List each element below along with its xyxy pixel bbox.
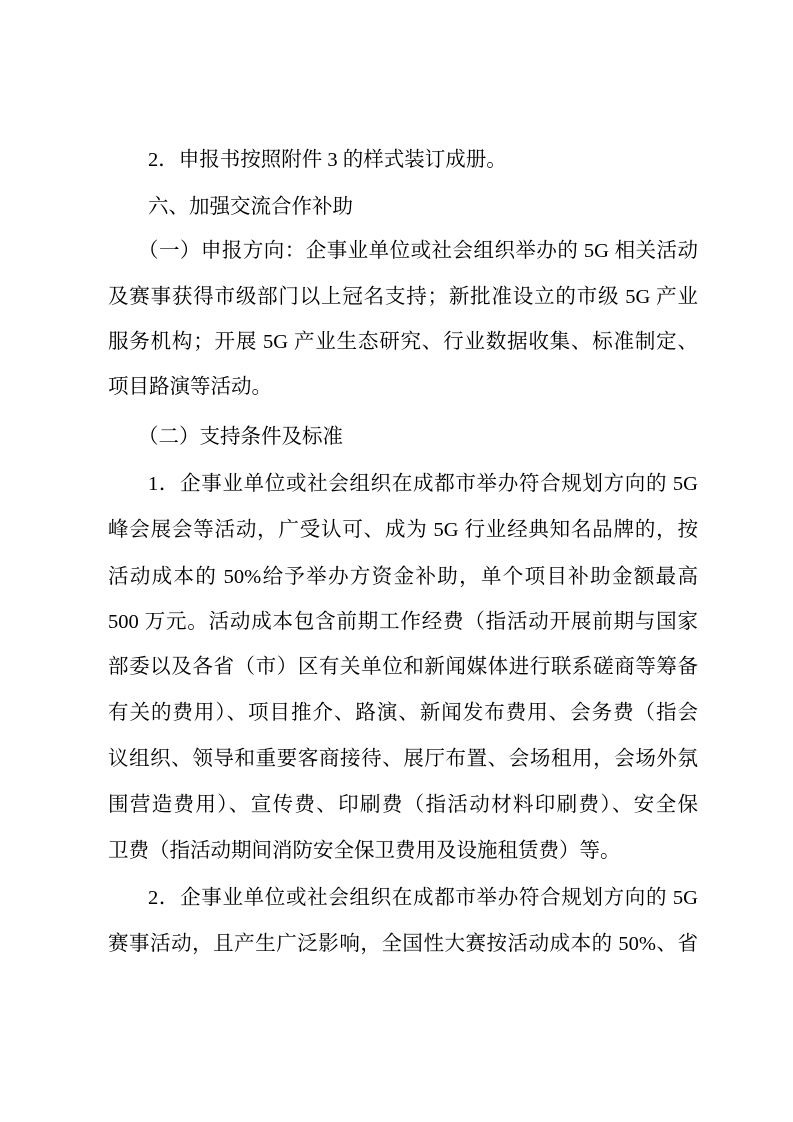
paragraph-item-1-line-5: 部委以及各省（市）区有关单位和新闻媒体进行联系磋商等筹备 xyxy=(108,652,698,682)
paragraph-item-1-line-4: 500 万元。活动成本包含前期工作经费（指活动开展前期与国家 xyxy=(108,607,698,637)
paragraph-item-1-line-7: 议组织、领导和重要客商接待、展厅布置、会场租用，会场外氛 xyxy=(108,744,698,774)
paragraph-item-2: 2．企事业单位或社会组织在成都市举办符合规划方向的 5G xyxy=(148,883,698,913)
paragraph-application-direction-line-2: 及赛事获得市级部门以上冠名支持；新批准设立的市级 5G 产业 xyxy=(108,282,698,312)
paragraph-item-1-line-2: 峰会展会等活动，广受认可、成为 5G 行业经典知名品牌的，按 xyxy=(108,515,698,545)
paragraph-item-1: 1．企事业单位或社会组织在成都市举办符合规划方向的 5G xyxy=(148,469,698,499)
paragraph-item-1-line-8: 围营造费用）、宣传费、印刷费（指活动材料印刷费）、安全保 xyxy=(108,790,698,820)
paragraph-item-2-line-2: 赛事活动，且产生广泛影响，全国性大赛按活动成本的 50%、省 xyxy=(108,929,698,959)
paragraph-application-direction-line-4: 项目路演等活动。 xyxy=(108,372,698,402)
document-page: 2．申报书按照附件 3 的样式装订成册。 六、加强交流合作补助 （一）申报方向：… xyxy=(0,0,793,1122)
subheading-support-conditions: （二）支持条件及标准 xyxy=(138,422,698,452)
paragraph-item-1-line-9: 卫费（指活动期间消防安全保卫费用及设施租赁费）等。 xyxy=(108,836,698,866)
section-heading-exchange-cooperation: 六、加强交流合作补助 xyxy=(148,192,698,222)
paragraph-application-direction-line-3: 服务机构；开展 5G 产业生态研究、行业数据收集、标准制定、 xyxy=(108,327,698,357)
paragraph-application-direction: （一）申报方向：企事业单位或社会组织举办的 5G 相关活动 xyxy=(138,236,698,266)
list-item-binding-requirement: 2．申报书按照附件 3 的样式装订成册。 xyxy=(148,145,698,175)
paragraph-item-1-line-3: 活动成本的 50%给予举办方资金补助，单个项目补助金额最高 xyxy=(108,562,698,592)
paragraph-item-1-line-6: 有关的费用）、项目推介、路演、新闻发布费用、会务费（指会 xyxy=(108,698,698,728)
